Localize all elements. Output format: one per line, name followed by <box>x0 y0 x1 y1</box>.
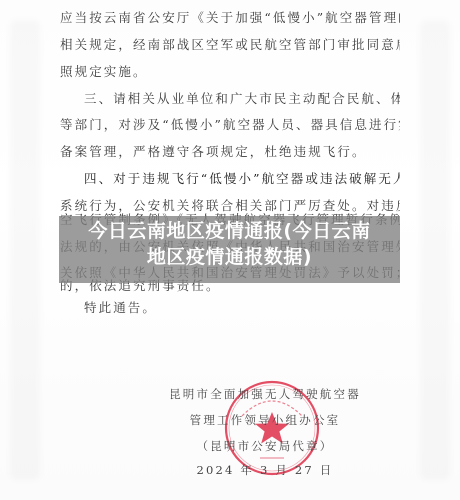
scan-shadow-right <box>420 20 450 480</box>
body-text-line: 照规定实施。 <box>60 64 400 80</box>
overlay-title: 今日云南地区疫情通报(今日云南 地区疫情通报数据) <box>59 218 400 270</box>
body-text-line: 应当按云南省公安厅《关于加强“低慢小”航空器管理的通告》的 <box>60 10 400 26</box>
body-text-line: 备案管理，严格遵守各项规定，杜绝违规飞行。 <box>60 144 400 160</box>
signature-date: 2024 年 3 月 27 日 <box>150 462 380 478</box>
overlay-title-line2: 地区疫情通报数据) <box>59 244 400 270</box>
body-text-line: 等部门，对涉及“低慢小”航空器人员、器具信息进行实名登记 <box>60 117 400 133</box>
body-text-line: 相关规定，经南部战区空军或民航空管部门审批同意后，方可按 <box>60 37 400 53</box>
section-three-line: 三、请相关从业单位和广大市民主动配合民航、体育、公安 <box>84 91 400 107</box>
signature-org-line2: 管理工作领导小组办公室 <box>150 412 380 428</box>
overlay-title-line1: 今日云南地区疫情通报(今日云南 <box>59 218 400 244</box>
signature-org-line1: 昆明市全面加强无人驾驶航空器 <box>150 386 380 402</box>
document-page: 应当按云南省公安厅《关于加强“低慢小”航空器管理的通告》的 相关规定，经南部战区… <box>0 0 460 500</box>
section-four-line: 四、对于违规飞行“低慢小”航空器或违法破解无人机禁飞 <box>84 171 400 187</box>
signature-org-line3: （昆明市公安局代章） <box>150 438 380 454</box>
scan-shadow-left <box>10 20 40 480</box>
closing-line: 特此通告。 <box>84 300 400 316</box>
